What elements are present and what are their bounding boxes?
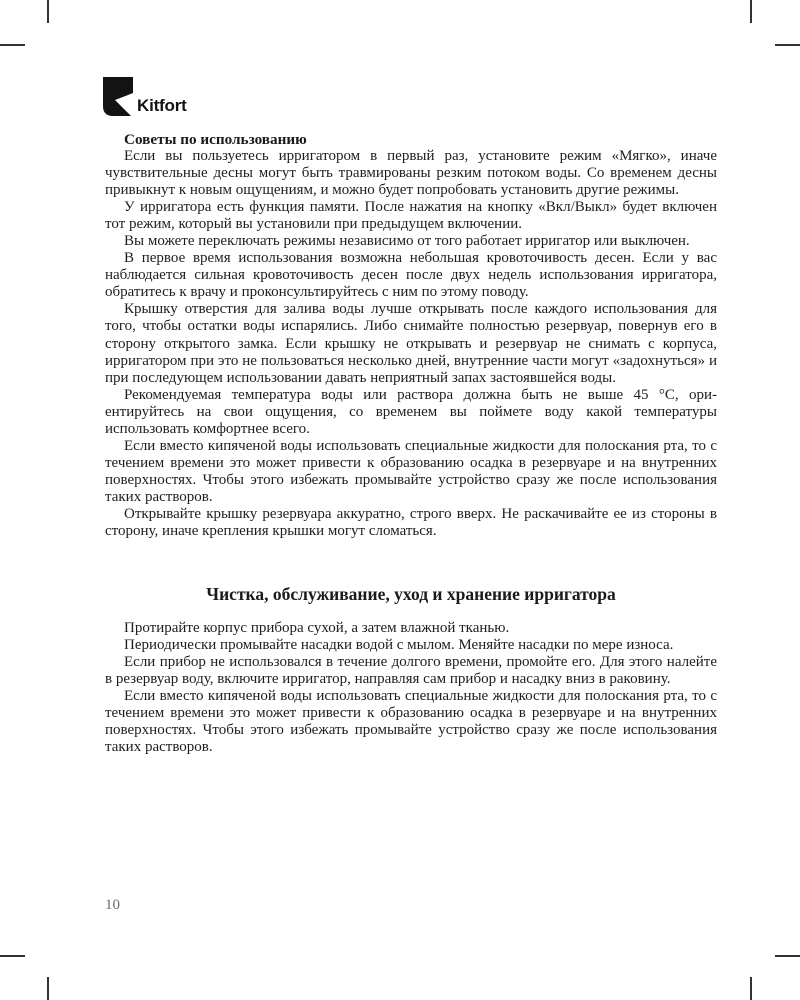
kitfort-logo-text: Kitfort [137, 97, 187, 116]
section-usage-tips: Советы по использованию Если вы пользует… [105, 131, 717, 540]
crop-mark-bottom-left-vertical [47, 977, 49, 1000]
crop-mark-top-left-vertical [47, 0, 49, 23]
paragraph: Периодически промывайте насадки водой с … [105, 637, 717, 654]
paragraph: Крышку отверстия для залива воды лучше о… [105, 301, 717, 386]
paragraph: Протирайте корпус прибора сухой, а затем… [105, 620, 717, 637]
paragraph: У ирригатора есть функция памяти. После … [105, 199, 717, 233]
kitfort-shield-icon [103, 77, 134, 116]
paragraph: Если вы пользуетесь ирригатором в первый… [105, 148, 717, 199]
crop-mark-bottom-right-horizontal [775, 955, 800, 957]
page-number: 10 [105, 897, 120, 914]
paragraph: Вы можете переключать режимы независимо … [105, 233, 717, 250]
manual-page: Kitfort Советы по использованию Если вы … [0, 0, 800, 1000]
crop-mark-bottom-left-horizontal [0, 955, 25, 957]
crop-mark-bottom-right-vertical [750, 977, 752, 1000]
section-heading-usage-tips: Советы по использованию [105, 131, 717, 148]
paragraph: Открывайте крышку резервуара аккуратно, … [105, 506, 717, 540]
crop-mark-top-left-horizontal [0, 44, 25, 46]
paragraph: Рекомендуемая температура воды или раств… [105, 387, 717, 438]
paragraph: Если прибор не использовался в течение д… [105, 654, 717, 688]
crop-mark-top-right-vertical [750, 0, 752, 23]
paragraph: Если вместо кипяченой воды использовать … [105, 438, 717, 506]
brand-logo: Kitfort [103, 77, 187, 116]
section-heading-cleaning-storage: Чистка, обслуживание, уход и хранение ир… [105, 582, 717, 606]
section-cleaning-storage: Чистка, обслуживание, уход и хранение ир… [105, 582, 717, 756]
crop-mark-top-right-horizontal [775, 44, 800, 46]
paragraph: В первое время использования возможна не… [105, 250, 717, 301]
page-content: Советы по использованию Если вы пользует… [105, 131, 717, 756]
paragraph: Если вместо кипяченой воды использовать … [105, 688, 717, 756]
